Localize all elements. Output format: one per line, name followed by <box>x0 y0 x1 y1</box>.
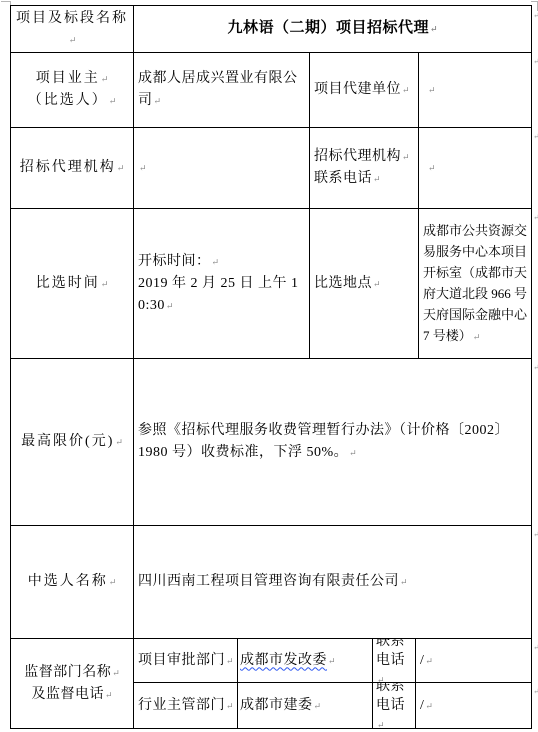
cell-agency-phone-value: ↵ <box>418 127 532 209</box>
paragraph-mark: ↵ <box>377 720 385 730</box>
row-end-mark: ↵ <box>533 364 538 372</box>
owner-value: 成都人居成兴置业有限公司 <box>138 71 298 108</box>
paragraph-mark: ↵ <box>105 690 113 700</box>
cell-industry-dept-label: 行业主管部门↵ <box>133 682 238 729</box>
row-end-mark: ↵ <box>533 12 538 20</box>
agent-label: 项目代建单位 <box>314 82 401 97</box>
row-end-mark: ↵ <box>533 644 538 652</box>
industry-dept-label: 行业主管部门 <box>138 698 225 713</box>
paragraph-mark: ↵ <box>166 301 174 311</box>
max-price-label: 最高限价(元) <box>21 434 114 449</box>
paragraph-mark: ↵ <box>425 656 433 666</box>
agency-phone-label-line2: 联系电话 <box>314 171 372 186</box>
paragraph-mark: ↵ <box>69 35 77 45</box>
cell-agent-value: ↵ <box>418 52 532 128</box>
cell-approval-dept-label: 项目审批部门↵ <box>133 638 238 683</box>
cell-agency-value: ↵ <box>133 127 310 209</box>
cell-industry-phone-value: /↵ <box>415 682 532 729</box>
agency-phone-label-line1: 招标代理机构 <box>314 149 401 164</box>
cell-bid-place-label: 比选地点↵ <box>309 208 419 359</box>
approval-dept-label: 项目审批部门 <box>138 653 225 668</box>
cell-winner-value: 四川西南工程项目管理咨询有限责任公司↵ <box>133 525 532 639</box>
paragraph-mark: ↵ <box>328 656 336 666</box>
cell-industry-phone-label: 联系电话↵ <box>372 682 416 729</box>
cell-max-price-value: 参照《招标代理服务收费管理暂行办法》（计价格〔2002〕1980 号）收费标准，… <box>133 358 532 526</box>
owner-label-line2: （比选人） <box>28 93 108 108</box>
row-end-mark: ↵ <box>533 688 538 696</box>
row-end-mark: ↵ <box>533 133 538 141</box>
table-corner-mark <box>531 1 538 11</box>
paragraph-mark: ↵ <box>373 279 381 289</box>
cell-project-section-label: 项目及标段名称↵ <box>10 5 134 53</box>
project-title: 九林语（二期）项目招标代理 <box>227 20 429 36</box>
cell-approval-phone-value: /↵ <box>415 638 532 683</box>
paragraph-mark: ↵ <box>314 701 322 711</box>
paragraph-mark: ↵ <box>101 74 109 84</box>
cell-agency-label: 招标代理机构↵ <box>10 127 134 209</box>
row-end-mark: ↵ <box>533 531 538 539</box>
cell-bid-place-value: 成都市公共资源交易服务中心本项目开标室（成都市天府大道北段 966 号天府国际金… <box>418 208 532 359</box>
paragraph-mark: ↵ <box>212 257 220 267</box>
industry-dept-value: 成都市建委 <box>240 698 313 713</box>
paragraph-mark: ↵ <box>373 174 381 184</box>
paragraph-mark: ↵ <box>112 668 120 678</box>
bid-time-label: 比选时间 <box>36 276 100 291</box>
cell-project-title: 九林语（二期）项目招标代理↵ <box>133 5 532 53</box>
industry-phone-value: / <box>420 698 424 713</box>
paragraph-mark: ↵ <box>402 152 410 162</box>
agency-label: 招标代理机构 <box>20 160 116 175</box>
cell-bid-time-value: 开标时间：↵ 2019 年 2 月 25 日 上午 10:30↵ <box>133 208 310 359</box>
paragraph-mark: ↵ <box>400 577 408 587</box>
approval-phone-value: / <box>420 653 424 668</box>
paragraph-mark: ↵ <box>349 448 357 458</box>
paragraph-mark: ↵ <box>428 163 436 173</box>
paragraph-mark: ↵ <box>428 85 436 95</box>
cell-max-price-label: 最高限价(元)↵ <box>10 358 134 526</box>
winner-label: 中选人名称 <box>28 574 108 589</box>
paragraph-mark: ↵ <box>402 85 410 95</box>
paragraph-mark: ↵ <box>109 577 117 587</box>
paragraph-mark: ↵ <box>154 96 162 106</box>
owner-label-line1: 项目业主 <box>36 71 100 86</box>
approval-phone-label: 联系电话 <box>376 638 405 668</box>
cell-agency-phone-label: 招标代理机构↵ 联系电话↵ <box>309 127 419 209</box>
cell-approval-phone-label: 联系电话↵ <box>372 638 416 683</box>
cell-bid-time-label: 比选时间↵ <box>10 208 134 359</box>
open-bid-time-caption: 开标时间： <box>138 254 211 269</box>
max-price-value: 参照《招标代理服务收费管理暂行办法》（计价格〔2002〕1980 号）收费标准，… <box>138 423 509 460</box>
document-page: 项目及标段名称↵ 九林语（二期）项目招标代理↵ 项目业主↵ （比选人）↵ 成都人… <box>0 0 538 732</box>
cell-agent-label: 项目代建单位↵ <box>309 52 419 128</box>
cell-approval-dept-value: 成都市发改委↵ <box>237 638 373 683</box>
cell-owner-value: 成都人居成兴置业有限公司↵ <box>133 52 310 128</box>
paragraph-mark: ↵ <box>109 96 117 106</box>
row-end-mark: ↵ <box>533 214 538 222</box>
paragraph-mark: ↵ <box>226 656 234 666</box>
supervision-label-line1: 监督部门名称 <box>24 665 111 680</box>
approval-dept-value: 成都市发改委 <box>240 653 327 668</box>
supervision-label-line2: 及监督电话 <box>31 687 104 702</box>
bid-place-label: 比选地点 <box>314 276 372 291</box>
paragraph-mark: ↵ <box>425 701 433 711</box>
paragraph-mark: ↵ <box>473 332 481 342</box>
paragraph-mark: ↵ <box>139 163 147 173</box>
row-end-mark: ↵ <box>533 58 538 66</box>
project-section-label: 项目及标段名称 <box>16 11 128 26</box>
winner-value: 四川西南工程项目管理咨询有限责任公司 <box>138 574 399 589</box>
cell-owner-label: 项目业主↵ （比选人）↵ <box>10 52 134 128</box>
paragraph-mark: ↵ <box>226 701 234 711</box>
open-bid-time-value: 2019 年 2 月 25 日 上午 10:30 <box>138 276 299 313</box>
bid-place-value: 成都市公共资源交易服务中心本项目开标室（成都市天府大道北段 966 号天府国际金… <box>423 223 527 343</box>
paragraph-mark: ↵ <box>430 24 438 34</box>
cell-industry-dept-value: 成都市建委↵ <box>237 682 373 729</box>
cell-winner-label: 中选人名称↵ <box>10 525 134 639</box>
industry-phone-label: 联系电话 <box>376 682 405 713</box>
paragraph-mark: ↵ <box>101 279 109 289</box>
paragraph-mark: ↵ <box>115 437 123 447</box>
cell-supervision-label: 监督部门名称↵ 及监督电话↵ <box>10 638 134 729</box>
paragraph-mark: ↵ <box>117 163 125 173</box>
